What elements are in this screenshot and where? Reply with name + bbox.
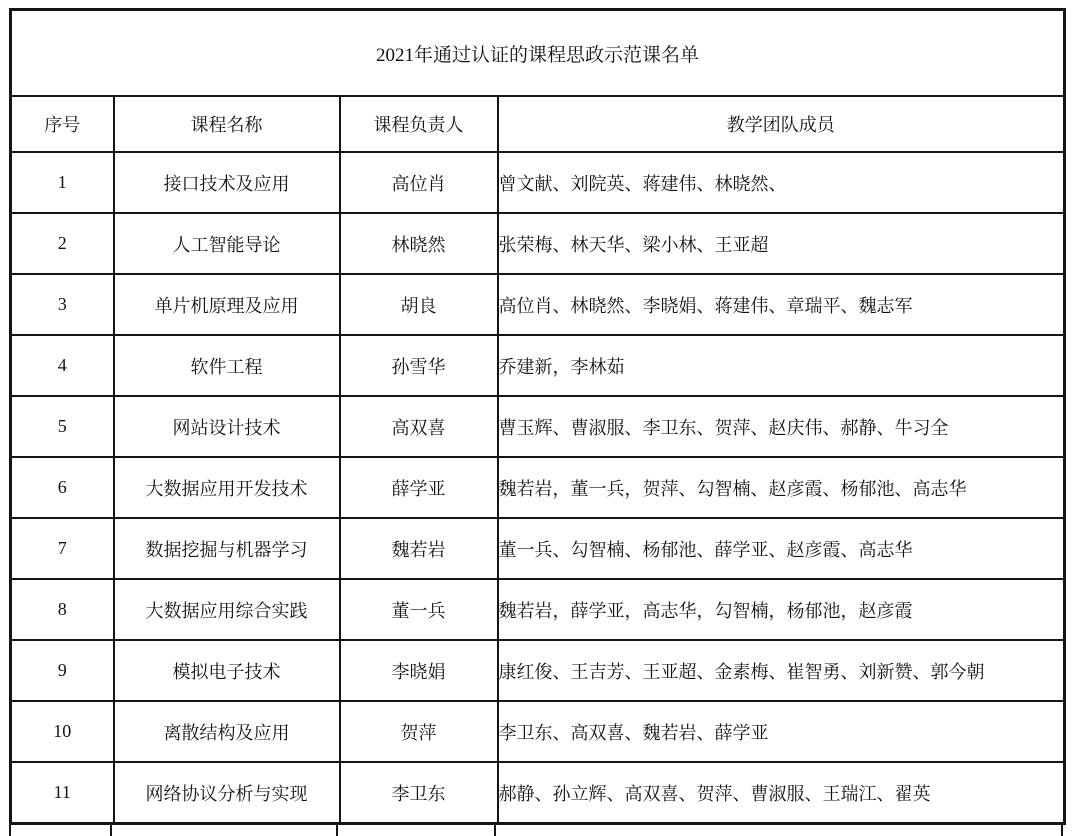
cell-no: 9 — [11, 640, 114, 701]
cell-course-name: 人工智能导论 — [114, 213, 340, 274]
title-row: 2021年通过认证的课程思政示范课名单 — [11, 10, 1065, 97]
column-header-no: 序号 — [11, 96, 114, 152]
table-gridline-stub — [336, 823, 338, 836]
cell-no: 5 — [11, 396, 114, 457]
cell-course-name: 网站设计技术 — [114, 396, 340, 457]
cell-course-name: 网络协议分析与实现 — [114, 762, 340, 824]
table-row: 11 网络协议分析与实现 李卫东 郝静、孙立辉、高双喜、贺萍、曹淑服、王瑞江、翟… — [11, 762, 1065, 824]
cell-team-members: 高位肖、林晓然、李晓娟、蒋建伟、章瑞平、魏志军 — [498, 274, 1065, 335]
cell-course-leader: 贺萍 — [340, 701, 498, 762]
table-row: 1 接口技术及应用 高位肖 曾文献、刘院英、蒋建伟、林晓然、 — [11, 152, 1065, 213]
cell-team-members: 康红俊、王吉芳、王亚超、金素梅、崔智勇、刘新赞、郭今朝 — [498, 640, 1065, 701]
cell-course-leader: 高双喜 — [340, 396, 498, 457]
cell-course-leader: 薛学亚 — [340, 457, 498, 518]
column-header-team-members: 教学团队成员 — [498, 96, 1065, 152]
table-row: 6 大数据应用开发技术 薛学亚 魏若岩，董一兵，贺萍、勾智楠、赵彦霞、杨郁池、高… — [11, 457, 1065, 518]
cell-course-name: 软件工程 — [114, 335, 340, 396]
cell-no: 2 — [11, 213, 114, 274]
table-gridline-stub — [110, 823, 112, 836]
cell-no: 4 — [11, 335, 114, 396]
cell-team-members: 李卫东、高双喜、魏若岩、薛学亚 — [498, 701, 1065, 762]
cell-course-leader: 孙雪华 — [340, 335, 498, 396]
cell-course-name: 单片机原理及应用 — [114, 274, 340, 335]
table-row: 4 软件工程 孙雪华 乔建新，李林茹 — [11, 335, 1065, 396]
table-title: 2021年通过认证的课程思政示范课名单 — [11, 10, 1065, 97]
cell-course-name: 模拟电子技术 — [114, 640, 340, 701]
cell-course-leader: 高位肖 — [340, 152, 498, 213]
cell-course-name: 接口技术及应用 — [114, 152, 340, 213]
cell-team-members: 曾文献、刘院英、蒋建伟、林晓然、 — [498, 152, 1065, 213]
column-header-course-leader: 课程负责人 — [340, 96, 498, 152]
table-gridline-stub — [9, 823, 11, 836]
table-row: 10 离散结构及应用 贺萍 李卫东、高双喜、魏若岩、薛学亚 — [11, 701, 1065, 762]
cell-team-members: 魏若岩，董一兵，贺萍、勾智楠、赵彦霞、杨郁池、高志华 — [498, 457, 1065, 518]
cell-course-leader: 胡良 — [340, 274, 498, 335]
cell-course-name: 大数据应用综合实践 — [114, 579, 340, 640]
cell-no: 3 — [11, 274, 114, 335]
cell-no: 1 — [11, 152, 114, 213]
table-row: 8 大数据应用综合实践 董一兵 魏若岩，薛学亚，高志华，勾智楠，杨郁池，赵彦霞 — [11, 579, 1065, 640]
table-gridline-stub — [494, 823, 496, 836]
table-row: 7 数据挖掘与机器学习 魏若岩 董一兵、勾智楠、杨郁池、薛学亚、赵彦霞、高志华 — [11, 518, 1065, 579]
cell-team-members: 郝静、孙立辉、高双喜、贺萍、曹淑服、王瑞江、翟英 — [498, 762, 1065, 824]
cell-course-name: 数据挖掘与机器学习 — [114, 518, 340, 579]
cell-no: 10 — [11, 701, 114, 762]
table-gridline-stub — [1061, 823, 1063, 836]
table-row: 5 网站设计技术 高双喜 曹玉辉、曹淑服、李卫东、贺萍、赵庆伟、郝静、牛习全 — [11, 396, 1065, 457]
cell-team-members: 董一兵、勾智楠、杨郁池、薛学亚、赵彦霞、高志华 — [498, 518, 1065, 579]
cell-no: 6 — [11, 457, 114, 518]
cell-course-leader: 李卫东 — [340, 762, 498, 824]
cell-course-leader: 魏若岩 — [340, 518, 498, 579]
cell-course-name: 大数据应用开发技术 — [114, 457, 340, 518]
cell-course-leader: 李晓娟 — [340, 640, 498, 701]
cell-team-members: 张荣梅、林天华、梁小林、王亚超 — [498, 213, 1065, 274]
table-row: 2 人工智能导论 林晓然 张荣梅、林天华、梁小林、王亚超 — [11, 213, 1065, 274]
cell-no: 7 — [11, 518, 114, 579]
cell-team-members: 魏若岩，薛学亚，高志华，勾智楠，杨郁池，赵彦霞 — [498, 579, 1065, 640]
cell-no: 11 — [11, 762, 114, 824]
cell-course-leader: 董一兵 — [340, 579, 498, 640]
certified-courses-table: 2021年通过认证的课程思政示范课名单 序号 课程名称 课程负责人 教学团队成员… — [9, 8, 1066, 825]
cell-no: 8 — [11, 579, 114, 640]
table-row: 3 单片机原理及应用 胡良 高位肖、林晓然、李晓娟、蒋建伟、章瑞平、魏志军 — [11, 274, 1065, 335]
document-page: 2021年通过认证的课程思政示范课名单 序号 课程名称 课程负责人 教学团队成员… — [9, 8, 1066, 825]
column-header-course-name: 课程名称 — [114, 96, 340, 152]
cell-course-name: 离散结构及应用 — [114, 701, 340, 762]
cell-team-members: 曹玉辉、曹淑服、李卫东、贺萍、赵庆伟、郝静、牛习全 — [498, 396, 1065, 457]
table-row: 9 模拟电子技术 李晓娟 康红俊、王吉芳、王亚超、金素梅、崔智勇、刘新赞、郭今朝 — [11, 640, 1065, 701]
cell-team-members: 乔建新，李林茹 — [498, 335, 1065, 396]
cell-course-leader: 林晓然 — [340, 213, 498, 274]
table-header-row: 序号 课程名称 课程负责人 教学团队成员 — [11, 96, 1065, 152]
